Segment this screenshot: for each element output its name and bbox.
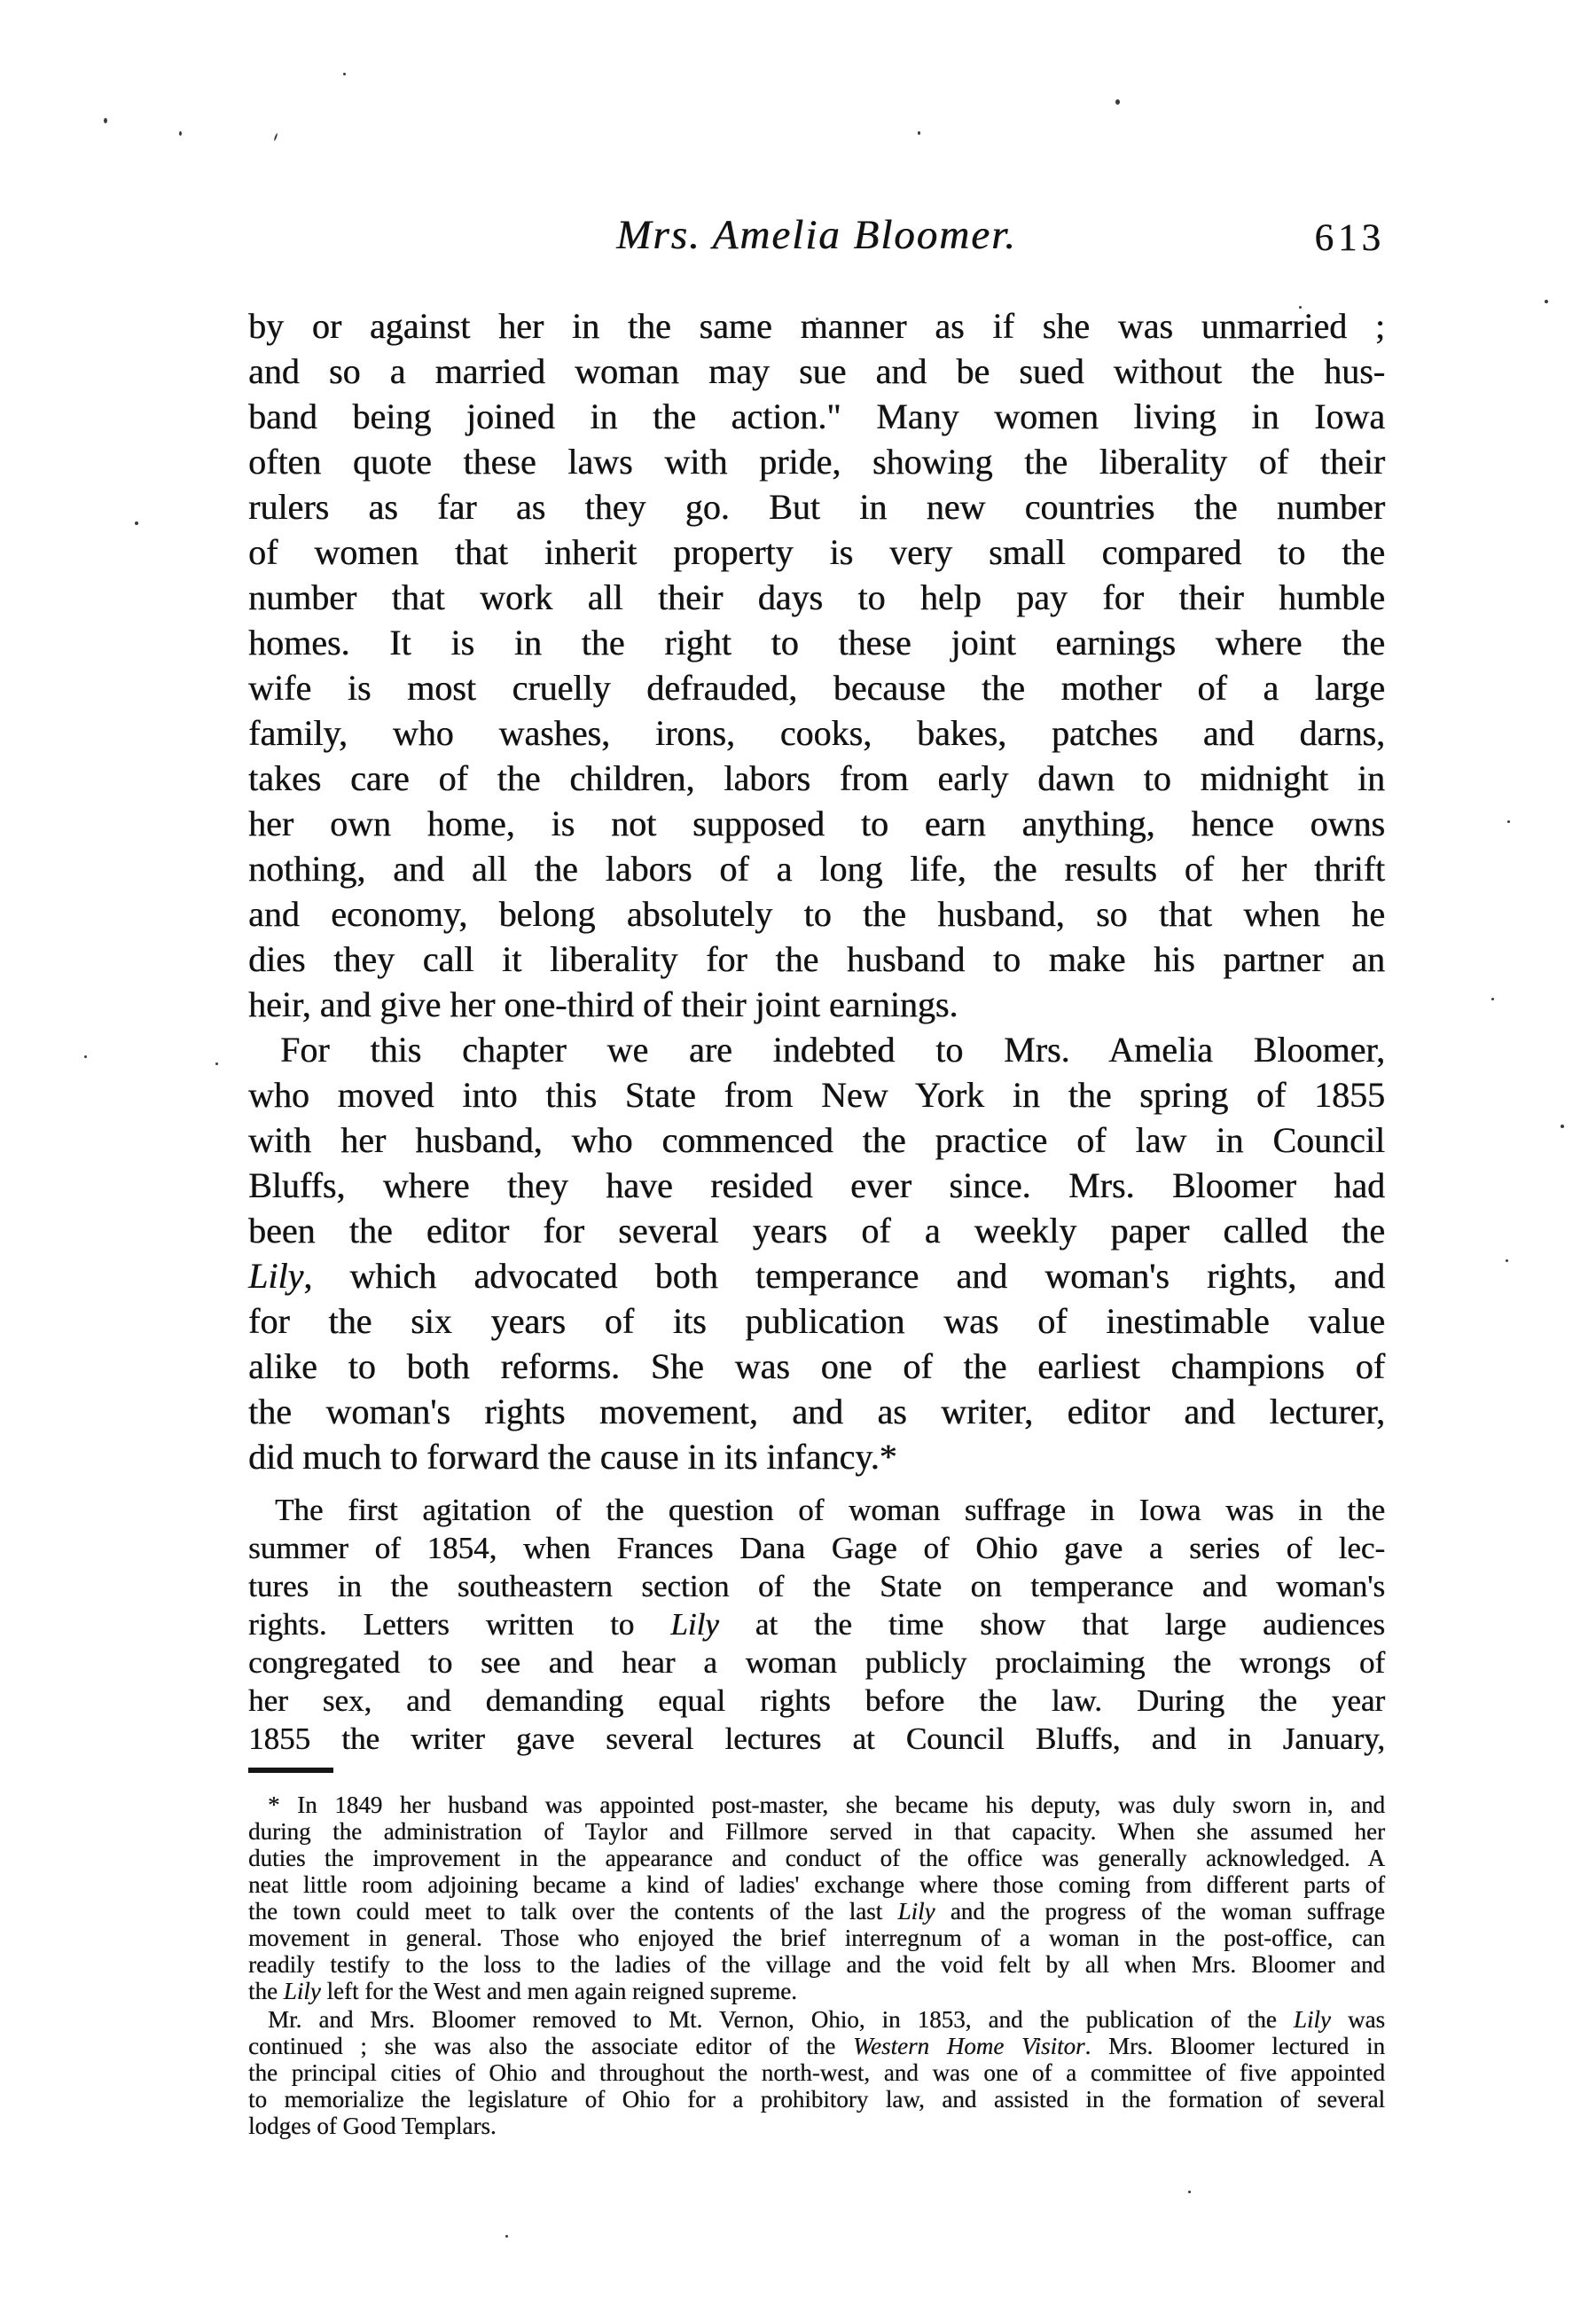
text-line: For this chapter we are indebted to Mrs.… — [248, 1027, 1385, 1072]
scan-speck — [1561, 1125, 1564, 1128]
text-line: nothing, and all the labors of a long li… — [248, 846, 1385, 891]
scan-speck — [84, 1055, 87, 1058]
text-line: did much to forward the cause in its inf… — [248, 1434, 1385, 1479]
text-line: homes. It is in the right to these joint… — [248, 620, 1385, 665]
text-line: wife is most cruelly defrauded, because … — [248, 665, 1385, 710]
text-line: and so a married woman may sue and be su… — [248, 349, 1385, 394]
scan-speck — [505, 2235, 508, 2238]
footnote-separator — [248, 1768, 333, 1773]
text-line: congregated to see and hear a woman publ… — [248, 1643, 1385, 1682]
text-line: readily testify to the loss to the ladie… — [248, 1951, 1385, 1978]
text-line: rulers as far as they go. But in new cou… — [248, 484, 1385, 529]
text-line: her own home, is not supposed to earn an… — [248, 801, 1385, 846]
scan-speck — [1188, 2191, 1191, 2193]
text-line: The first agitation of the question of w… — [248, 1491, 1385, 1529]
scan-speck — [1299, 306, 1302, 309]
text-line: * In 1849 her husband was appointed post… — [248, 1792, 1385, 1818]
para-1: by or against her in the same manner as … — [248, 303, 1385, 1027]
scan-speck — [343, 73, 346, 75]
scan-speck — [215, 1062, 218, 1065]
text-line: continued ; she was also the associate e… — [248, 2033, 1385, 2059]
book-page: Mrs. Amelia Bloomer. 613 by or against h… — [0, 0, 1596, 2313]
text-line: by or against her in the same manner as … — [248, 303, 1385, 349]
scan-speck — [816, 318, 818, 320]
scan-speck — [104, 118, 107, 123]
text-line: Mr. and Mrs. Bloomer removed to Mt. Vern… — [248, 2006, 1385, 2033]
text-line: for the six years of its publication was… — [248, 1298, 1385, 1344]
text-line: tures in the southeastern section of the… — [248, 1567, 1385, 1605]
text-line: Bluffs, where they have resided ever sin… — [248, 1163, 1385, 1208]
text-column: by or against her in the same manner as … — [248, 0, 1385, 2139]
body-text: by or against her in the same manner as … — [248, 303, 1385, 1758]
text-line: rights. Letters written to Lily at the t… — [248, 1605, 1385, 1643]
text-line: dies they call it liberality for the hus… — [248, 937, 1385, 982]
text-line: the Lily left for the West and men again… — [248, 1978, 1385, 2004]
text-line: of women that inherit property is very s… — [248, 529, 1385, 575]
text-line: number that work all their days to help … — [248, 575, 1385, 620]
para-3: The first agitation of the question of w… — [248, 1491, 1385, 1758]
text-line: who moved into this State from New York … — [248, 1072, 1385, 1117]
para-2: For this chapter we are indebted to Mrs.… — [248, 1027, 1385, 1479]
text-line: summer of 1854, when Frances Dana Gage o… — [248, 1529, 1385, 1567]
footnote-text: * In 1849 her husband was appointed post… — [248, 1792, 1385, 2139]
text-line: 1855 the writer gave several lectures at… — [248, 1720, 1385, 1758]
text-line: band being joined in the action." Many w… — [248, 394, 1385, 439]
text-line: with her husband, who commenced the prac… — [248, 1117, 1385, 1163]
text-line: during the administration of Taylor and … — [248, 1818, 1385, 1845]
footnote-2: Mr. and Mrs. Bloomer removed to Mt. Vern… — [248, 2006, 1385, 2139]
text-line: the principal cities of Ohio and through… — [248, 2059, 1385, 2086]
text-line: the woman's rights movement, and as writ… — [248, 1389, 1385, 1434]
text-line: been the editor for several years of a w… — [248, 1208, 1385, 1253]
scan-speck — [1507, 820, 1510, 823]
text-line: alike to both reforms. She was one of th… — [248, 1344, 1385, 1389]
text-line: Lily, which advocated both temperance an… — [248, 1253, 1385, 1298]
scan-speck — [1506, 1259, 1508, 1262]
text-line: neat little room adjoining became a kind… — [248, 1871, 1385, 1898]
text-line: family, who washes, irons, cooks, bakes,… — [248, 710, 1385, 756]
text-line: duties the improvement in the appearance… — [248, 1845, 1385, 1871]
text-line: often quote these laws with pride, showi… — [248, 439, 1385, 484]
text-line: lodges of Good Templars. — [248, 2113, 1385, 2139]
text-line: and economy, belong absolutely to the hu… — [248, 891, 1385, 937]
scan-speck — [135, 521, 138, 525]
scan-speck — [1115, 99, 1120, 105]
scan-speck — [179, 131, 182, 136]
footnote-1: * In 1849 her husband was appointed post… — [248, 1792, 1385, 2004]
text-line: to memorialize the legislature of Ohio f… — [248, 2086, 1385, 2113]
scan-speck — [1545, 300, 1548, 303]
scan-speck — [1491, 998, 1494, 1000]
scan-speck — [918, 131, 920, 135]
text-line: heir, and give her one-third of their jo… — [248, 982, 1385, 1027]
text-line: takes care of the children, labors from … — [248, 756, 1385, 801]
text-line: the town could meet to talk over the con… — [248, 1898, 1385, 1925]
text-line: her sex, and demanding equal rights befo… — [248, 1682, 1385, 1720]
text-line: movement in general. Those who enjoyed t… — [248, 1925, 1385, 1951]
